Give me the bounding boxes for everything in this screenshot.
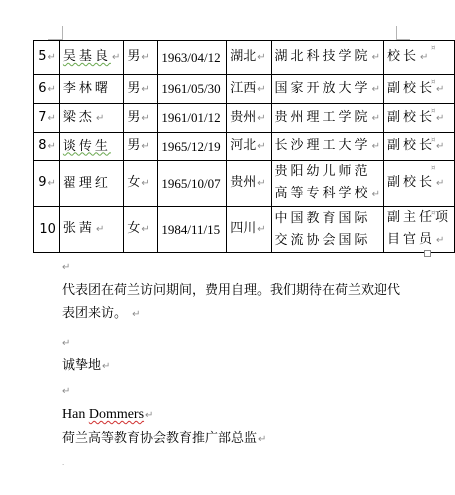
empty-paragraph[interactable]: ↵ bbox=[62, 382, 70, 401]
row-end-mark: ¤ bbox=[431, 107, 435, 115]
province-cell[interactable]: 湖北↵ bbox=[227, 41, 271, 75]
birthdate-cell[interactable]: 1961/05/30 bbox=[158, 75, 227, 104]
closing-line[interactable]: 诚挚地↵ bbox=[62, 357, 110, 376]
row-end-mark: ¤ bbox=[431, 209, 435, 217]
table-row: 9↵ 翟理红 女↵ 1965/10/07 贵州↵ 贵阳幼儿师范高等专科学校↵ 副… bbox=[34, 161, 455, 207]
name-cell[interactable]: 张茜↵ bbox=[59, 207, 123, 253]
row-end-mark: ¤ bbox=[431, 44, 435, 52]
birthdate-cell[interactable]: 1961/01/12 bbox=[158, 104, 227, 133]
empty-paragraph[interactable]: ↵ bbox=[62, 334, 70, 353]
birthdate-cell[interactable]: 1965/10/07 bbox=[158, 161, 227, 207]
organization-cell[interactable]: 长沙理工大学↵ bbox=[271, 133, 383, 161]
table-row: 7↵ 梁杰↵ 男↵ 1961/01/12 贵州↵ 贵州理工学院↵ 副校长↵ bbox=[34, 104, 455, 133]
title-cell[interactable]: 副校长↵ bbox=[383, 104, 454, 133]
row-end-mark: ¤ bbox=[431, 136, 435, 144]
title-cell[interactable]: 副校长↵ bbox=[383, 75, 454, 104]
organization-cell[interactable]: 贵州理工学院↵ bbox=[271, 104, 383, 133]
body-paragraph-line[interactable]: 代表团在荷兰访问期间，费用自理。我们期待在荷兰欢迎代 bbox=[62, 282, 400, 300]
province-cell[interactable]: 四川↵ bbox=[227, 207, 271, 253]
table-row: 10 张茜↵ 女↵ 1984/11/15 四川↵ 中国教育国际交流协会国际 副主… bbox=[34, 207, 455, 253]
empty-paragraph[interactable]: . bbox=[62, 453, 64, 472]
signature-name[interactable]: Han Dommers↵ bbox=[62, 406, 153, 425]
province-cell[interactable]: 河北↵ bbox=[227, 133, 271, 161]
gender-cell[interactable]: 女↵ bbox=[124, 161, 158, 207]
title-cell[interactable]: 副主任项目官员↵ bbox=[383, 207, 454, 253]
table-resize-handle[interactable] bbox=[424, 250, 431, 257]
birthdate-cell[interactable]: 1965/12/19 bbox=[158, 133, 227, 161]
birthdate-cell[interactable]: 1963/04/12 bbox=[158, 41, 227, 75]
province-cell[interactable]: 江西↵ bbox=[227, 75, 271, 104]
organization-cell[interactable]: 中国教育国际交流协会国际 bbox=[271, 207, 383, 253]
name-cell[interactable]: 谈传生 bbox=[59, 133, 123, 161]
index-cell[interactable]: 9↵ bbox=[34, 161, 60, 207]
name-cell[interactable]: 李林曙 bbox=[59, 75, 123, 104]
gender-cell[interactable]: 男↵ bbox=[124, 75, 158, 104]
title-cell[interactable]: 副校长↵ bbox=[383, 161, 454, 207]
delegation-table: 5↵ 吴基良↵ 男↵ 1963/04/12 湖北↵ 湖北科技学院↵ 校长↵ 6↵… bbox=[33, 40, 455, 253]
name-cell[interactable]: 吴基良↵ bbox=[59, 41, 123, 75]
page-margin-corner-right bbox=[396, 26, 410, 40]
name-cell[interactable]: 翟理红 bbox=[59, 161, 123, 207]
gender-cell[interactable]: 女↵ bbox=[124, 207, 158, 253]
province-cell[interactable]: 贵州↵ bbox=[227, 104, 271, 133]
birthdate-cell[interactable]: 1984/11/15 bbox=[158, 207, 227, 253]
gender-cell[interactable]: 男↵ bbox=[124, 41, 158, 75]
row-end-mark: ¤ bbox=[431, 164, 435, 172]
index-cell[interactable]: 5↵ bbox=[34, 41, 60, 75]
page-margin-corner-left bbox=[48, 26, 63, 40]
signature-title[interactable]: 荷兰高等教育协会教育推广部总监↵ bbox=[62, 430, 266, 449]
index-cell[interactable]: 10 bbox=[34, 207, 60, 253]
province-cell[interactable]: 贵州↵ bbox=[227, 161, 271, 207]
organization-cell[interactable]: 国家开放大学↵ bbox=[271, 75, 383, 104]
empty-paragraph[interactable]: ↵ bbox=[62, 258, 70, 277]
title-cell[interactable]: 副校长↵ bbox=[383, 133, 454, 161]
title-cell[interactable]: 校长↵ bbox=[383, 41, 454, 75]
gender-cell[interactable]: 男↵ bbox=[124, 104, 158, 133]
body-paragraph-line[interactable]: 表团来访。 ↵ bbox=[62, 305, 141, 324]
index-cell[interactable]: 7↵ bbox=[34, 104, 60, 133]
row-end-mark: ¤ bbox=[431, 78, 435, 86]
index-cell[interactable]: 6↵ bbox=[34, 75, 60, 104]
name-cell[interactable]: 梁杰↵ bbox=[59, 104, 123, 133]
table-row: 8↵ 谈传生 男↵ 1965/12/19 河北↵ 长沙理工大学↵ 副校长↵ bbox=[34, 133, 455, 161]
gender-cell[interactable]: 男↵ bbox=[124, 133, 158, 161]
table-row: 5↵ 吴基良↵ 男↵ 1963/04/12 湖北↵ 湖北科技学院↵ 校长↵ bbox=[34, 41, 455, 75]
index-cell[interactable]: 8↵ bbox=[34, 133, 60, 161]
organization-cell[interactable]: 贵阳幼儿师范高等专科学校↵ bbox=[271, 161, 383, 207]
table-row: 6↵ 李林曙 男↵ 1961/05/30 江西↵ 国家开放大学↵ 副校长↵ bbox=[34, 75, 455, 104]
organization-cell[interactable]: 湖北科技学院↵ bbox=[271, 41, 383, 75]
